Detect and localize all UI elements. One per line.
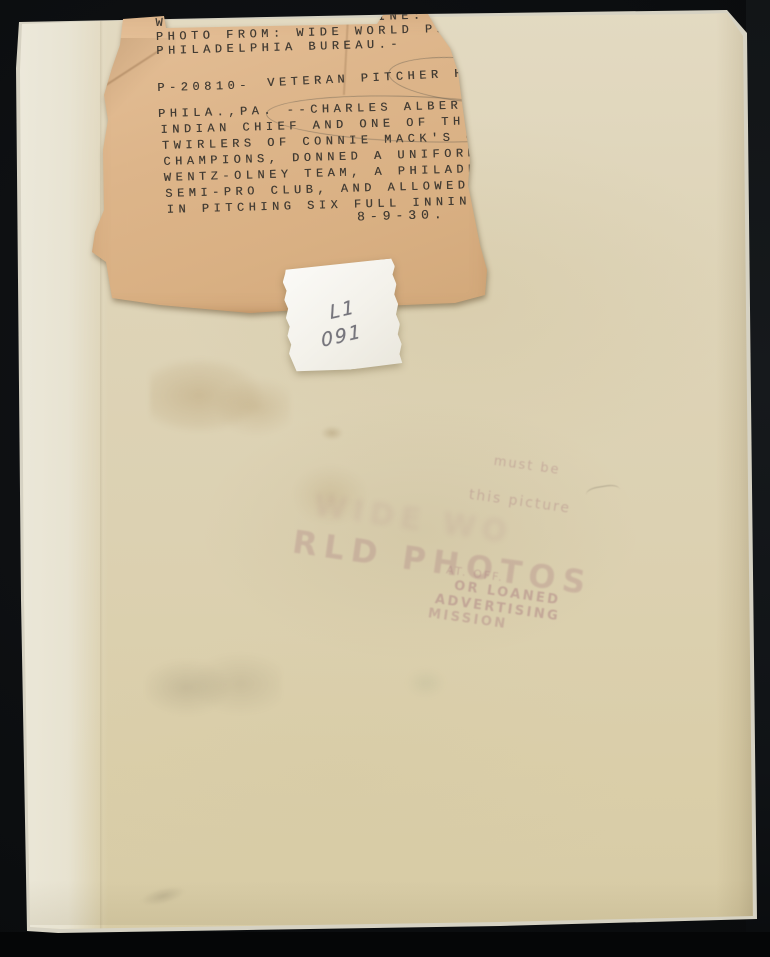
inventory-sticker: L1 091 [282,258,404,374]
sticker-wrap: L1 091 [0,0,770,957]
press-photo-back-scan: must be this picture WIDE WO RLD PHOTOS … [0,0,770,957]
sticker-code-line2: 091 [320,322,364,350]
sticker-code-line1: L1 [329,298,357,323]
